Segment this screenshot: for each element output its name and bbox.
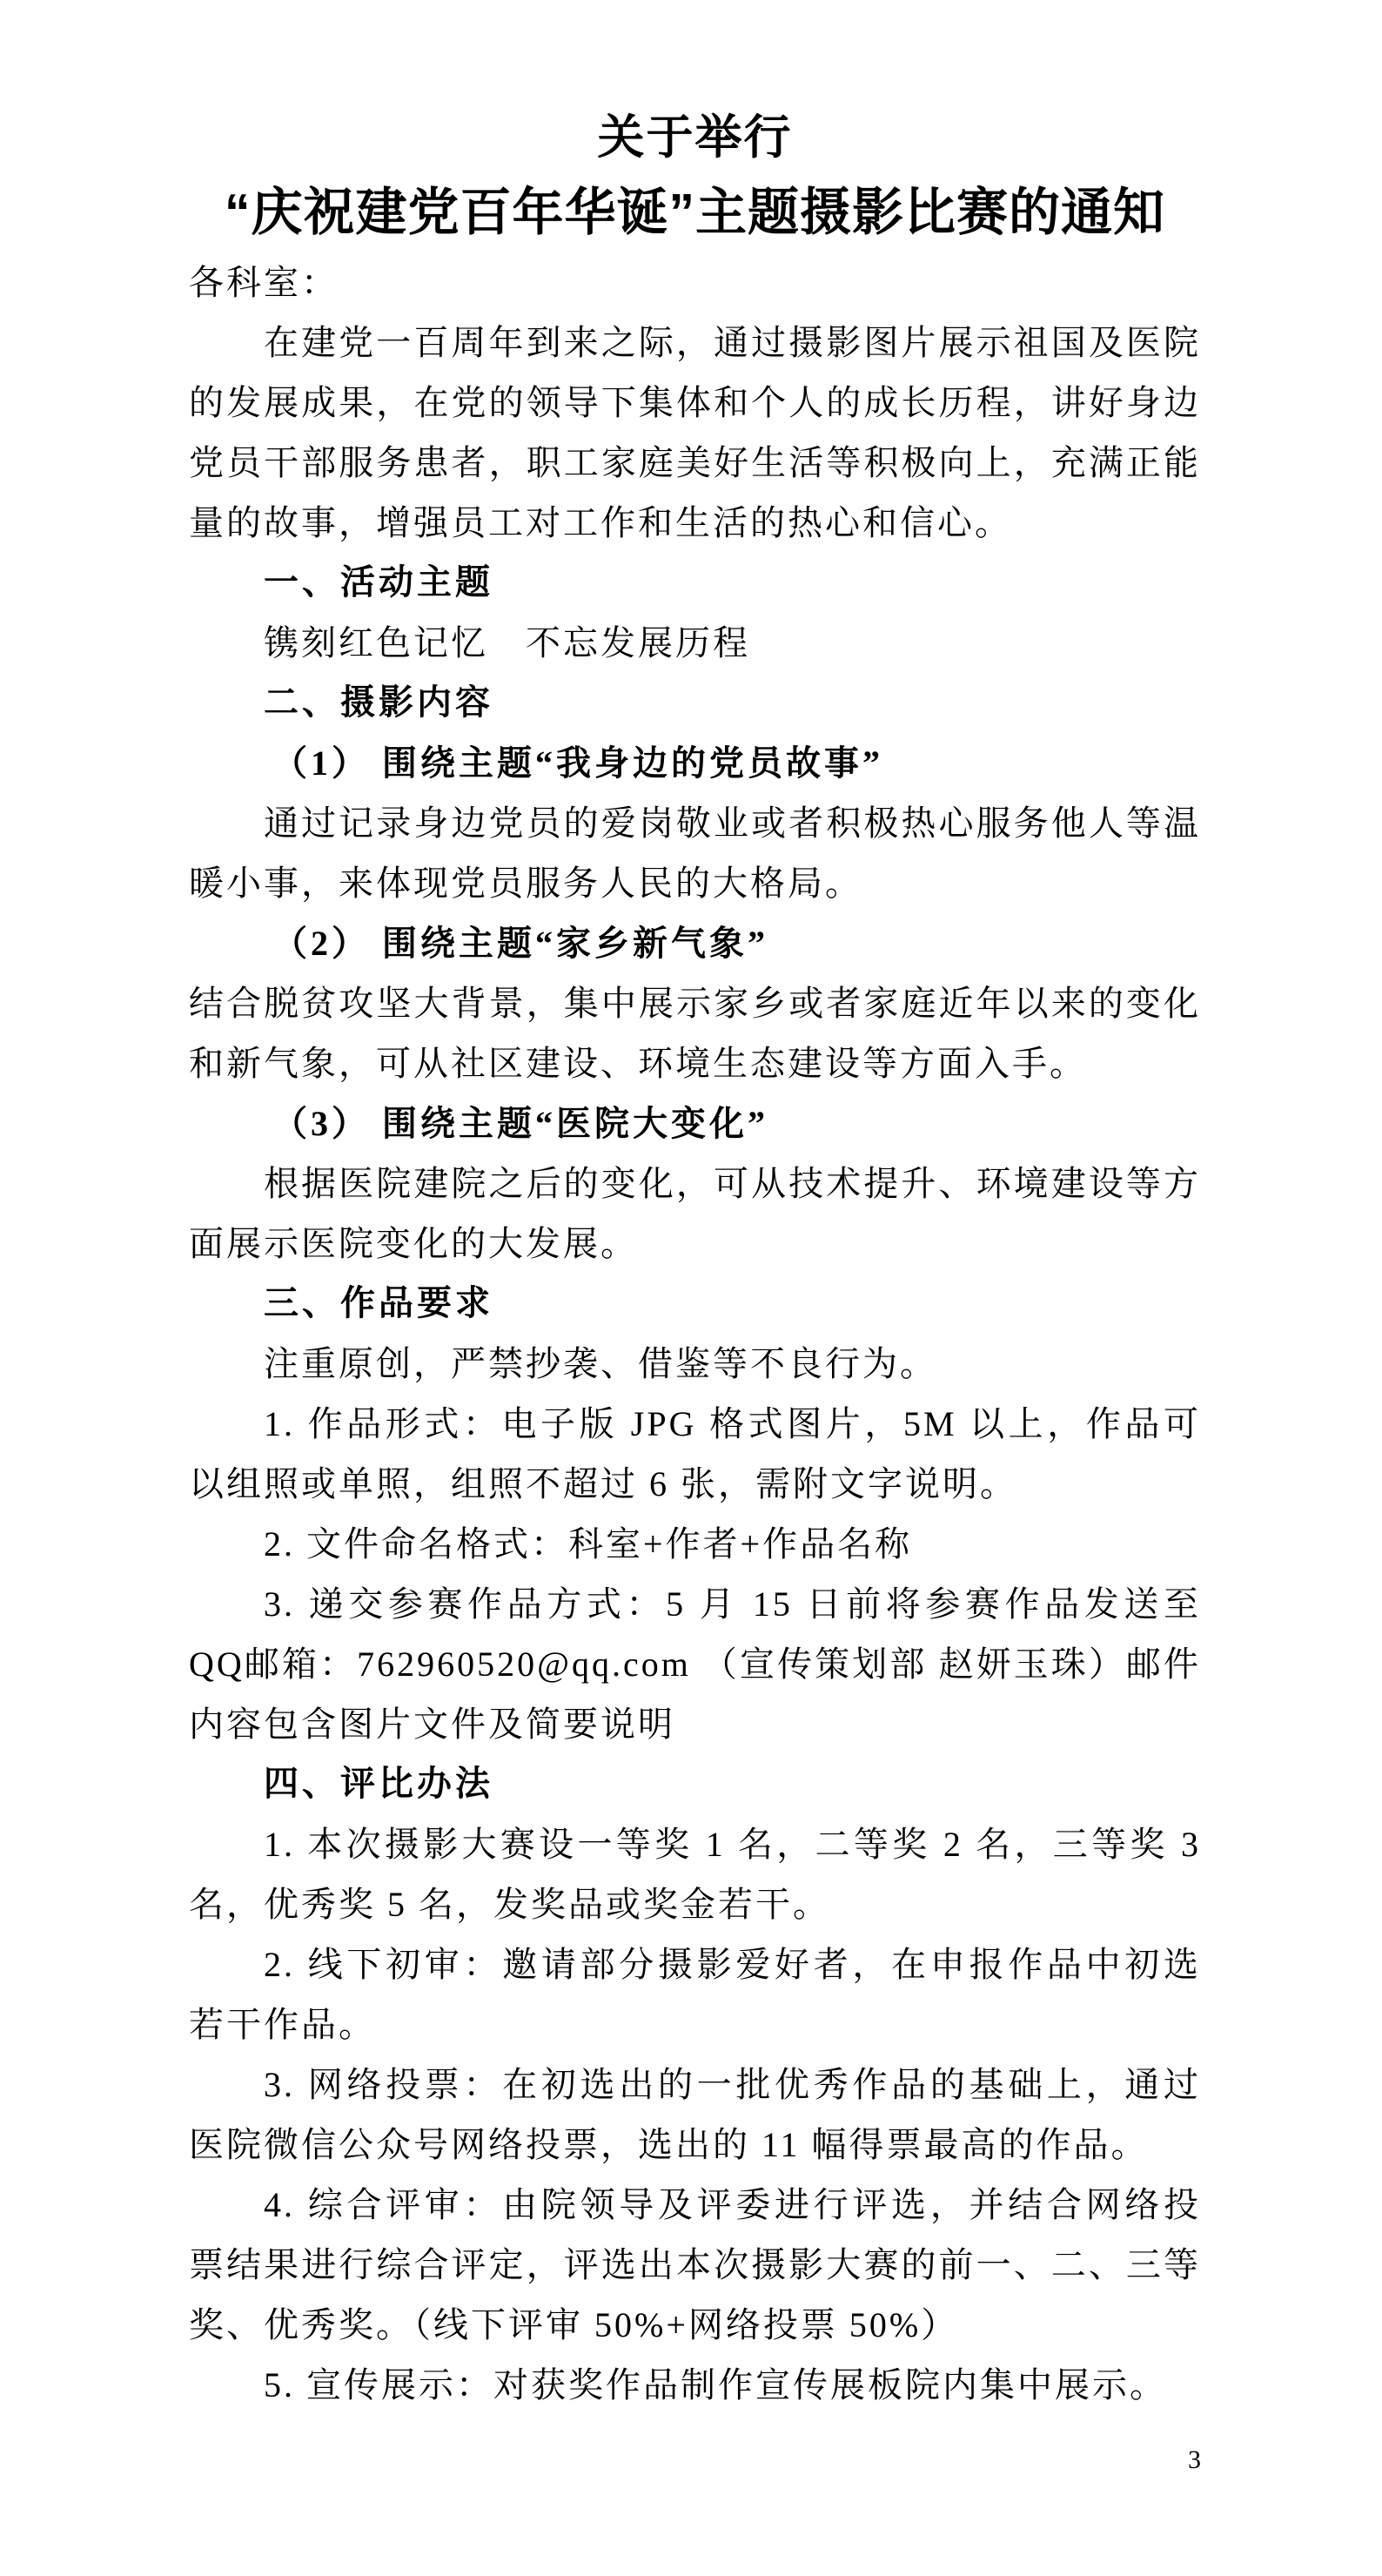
requirement-item-2: 2. 文件命名格式：科室+作者+作品名称 — [189, 1514, 1201, 1574]
topic-3-paragraph: 根据医院建院之后的变化，可从技术提升、环境建设等方面展示医院变化的大发展。 — [189, 1153, 1201, 1274]
intro-paragraph: 在建党一百周年到来之际，通过摄影图片展示祖国及医院的发展成果，在党的领导下集体和… — [189, 313, 1201, 553]
judging-item-2: 2. 线下初审：邀请部分摄影爱好者，在申报作品中初选若干作品。 — [189, 1934, 1201, 2055]
requirement-item-3: 3. 递交参赛作品方式：5 月 15 日前将参赛作品发送至 QQ邮箱：76296… — [189, 1574, 1201, 1754]
section-4-heading: 四、评比办法 — [189, 1754, 1201, 1814]
requirement-originality: 注重原创，严禁抄袭、借鉴等不良行为。 — [189, 1334, 1201, 1394]
page-number: 3 — [1188, 2447, 1201, 2473]
doc-body: 各科室：在建党一百周年到来之际，通过摄影图片展示祖国及医院的发展成果，在党的领导… — [189, 252, 1201, 2415]
topic-1-paragraph: 通过记录身边党员的爱岗敬业或者积极热心服务他人等温暖小事，来体现党员服务人民的大… — [189, 793, 1201, 913]
doc-title-line1: 关于举行 — [189, 103, 1201, 172]
doc-title-line2: “庆祝建党百年华诞”主题摄影比赛的通知 — [189, 172, 1201, 252]
salutation: 各科室： — [189, 252, 1201, 313]
document-page: 关于举行 “庆祝建党百年华诞”主题摄影比赛的通知 各科室：在建党一百周年到来之际… — [0, 0, 1382, 2576]
section-2-heading: 二、摄影内容 — [189, 673, 1201, 733]
judging-item-3: 3. 网络投票：在初选出的一批优秀作品的基础上，通过医院微信公众号网络投票，选出… — [189, 2055, 1201, 2175]
section-3-heading: 三、作品要求 — [189, 1274, 1201, 1334]
topic-1-subheading: （1） 围绕主题“我身边的党员故事” — [189, 733, 1201, 793]
document-content: 关于举行 “庆祝建党百年华诞”主题摄影比赛的通知 各科室：在建党一百周年到来之际… — [189, 103, 1201, 2415]
topic-2-subheading: （2） 围绕主题“家乡新气象” — [189, 913, 1201, 973]
judging-item-5: 5. 宣传展示：对获奖作品制作宣传展板院内集中展示。 — [189, 2355, 1201, 2415]
topic-2-paragraph: 结合脱贫攻坚大背景，集中展示家乡或者家庭近年以来的变化和新气象，可从社区建设、环… — [189, 973, 1201, 1093]
judging-item-4: 4. 综合评审：由院领导及评委进行评选，并结合网络投票结果进行综合评定，评选出本… — [189, 2175, 1201, 2355]
judging-item-1: 1. 本次摄影大赛设一等奖 1 名，二等奖 2 名，三等奖 3 名，优秀奖 5 … — [189, 1814, 1201, 1934]
requirement-item-1: 1. 作品形式：电子版 JPG 格式图片，5M 以上，作品可以组照或单照，组照不… — [189, 1394, 1201, 1514]
section-1-heading: 一、活动主题 — [189, 553, 1201, 613]
topic-3-subheading: （3） 围绕主题“医院大变化” — [189, 1093, 1201, 1153]
theme-line: 镌刻红色记忆 不忘发展历程 — [189, 613, 1201, 673]
